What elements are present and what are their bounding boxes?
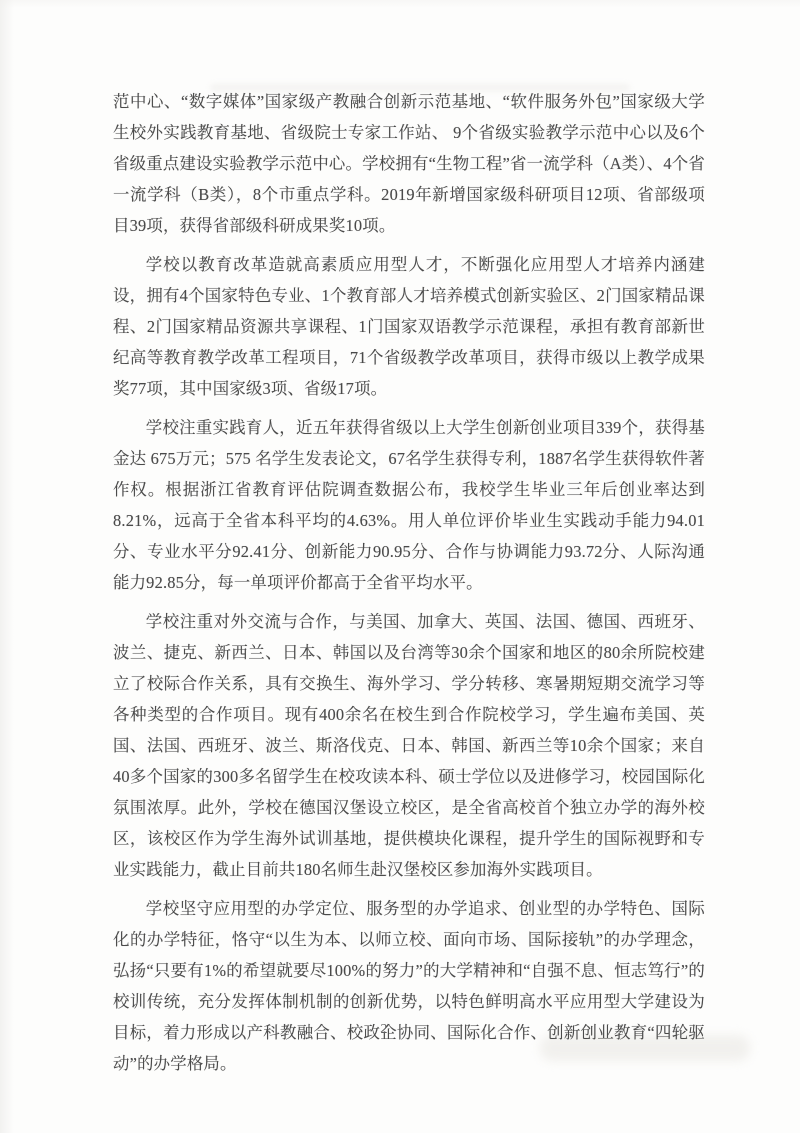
- body-paragraph-2: 学校以教育改革造就高素质应用型人才，不断强化应用型人才培养内涵建设，拥有4个国家…: [113, 249, 705, 404]
- page-number: 2: [0, 1022, 768, 1038]
- scan-edge-shading-top: [0, 0, 800, 8]
- body-paragraph-3: 学校注重实践育人，近五年获得省级以上大学生创新创业项目339个，获得基金达 67…: [113, 412, 705, 598]
- scanned-document-page: 范中心、“数字媒体”国家级产教融合创新示范基地、“软件服务外包”国家级大学生校外…: [0, 0, 800, 1133]
- body-paragraph-5: 学校坚守应用型的办学定位、服务型的办学追求、创业型的办学特色、国际化的办学特征，…: [113, 893, 705, 1079]
- body-paragraph-4: 学校注重对外交流与合作，与美国、加拿大、英国、法国、德国、西班牙、波兰、捷克、新…: [113, 606, 705, 885]
- document-body: 范中心、“数字媒体”国家级产教融合创新示范基地、“软件服务外包”国家级大学生校外…: [113, 86, 705, 1087]
- scan-edge-shading-left: [0, 0, 14, 1133]
- body-paragraph-1: 范中心、“数字媒体”国家级产教融合创新示范基地、“软件服务外包”国家级大学生校外…: [113, 86, 705, 241]
